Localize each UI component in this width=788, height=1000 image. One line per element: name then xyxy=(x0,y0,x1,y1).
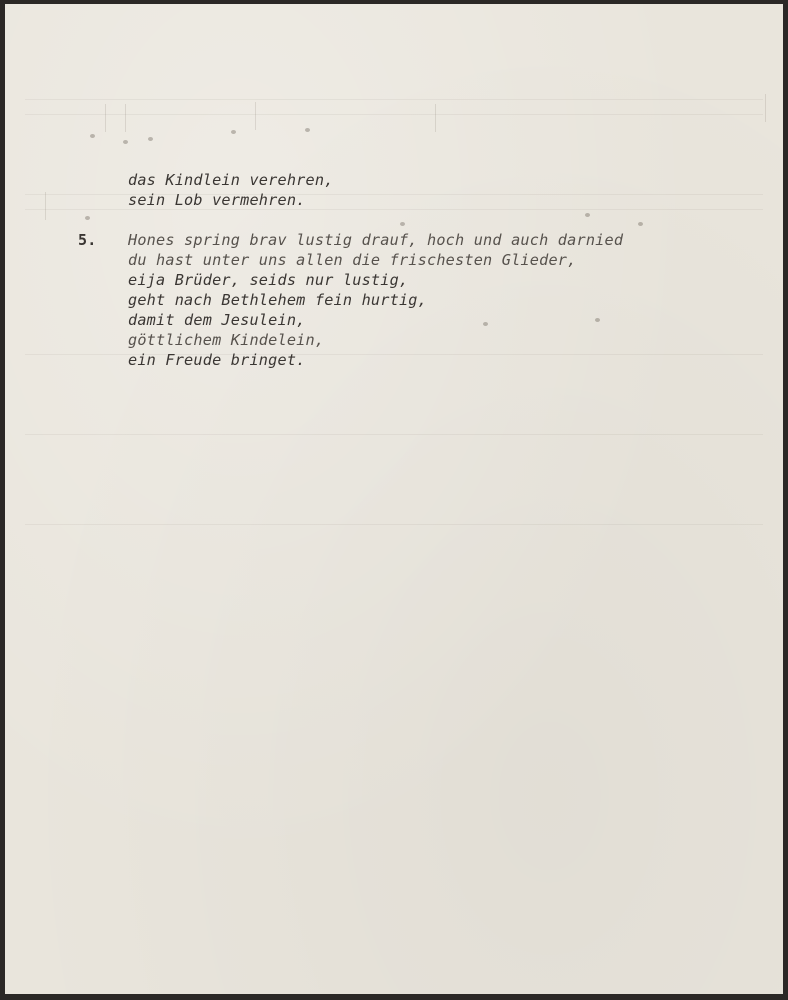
bleed-staff-line xyxy=(25,524,763,525)
bleed-note-head xyxy=(483,322,488,326)
lyric-line: göttlichem Kindelein, xyxy=(128,330,324,350)
bleed-note-stem xyxy=(105,104,106,132)
bleed-note-head xyxy=(231,130,236,134)
document-page: das Kindlein verehren, sein Lob vermehre… xyxy=(5,4,783,994)
bleed-note-head xyxy=(123,140,128,144)
bleed-note-stem xyxy=(125,104,126,132)
bleed-note-head xyxy=(585,213,590,217)
bleed-staff-line xyxy=(25,114,763,115)
bleed-staff-line xyxy=(25,434,763,435)
bleed-note-head xyxy=(638,222,643,226)
lyric-line: das Kindlein verehren, xyxy=(128,170,334,190)
lyric-line: damit dem Jesulein, xyxy=(128,310,306,330)
lyric-line: Hones spring brav lustig drauf, hoch und… xyxy=(128,230,623,250)
lyric-line: geht nach Bethlehem fein hurtig, xyxy=(128,290,427,310)
lyric-line: ein Freude bringet. xyxy=(128,350,306,370)
bleed-note-stem xyxy=(45,192,46,220)
lyric-line: du hast unter uns allen die frischesten … xyxy=(128,250,577,270)
lyrics-text: das Kindlein verehren, sein Lob vermehre… xyxy=(5,4,42,284)
bleed-note-head xyxy=(85,216,90,220)
bleed-staff-line xyxy=(25,99,763,100)
bleed-note-head xyxy=(595,318,600,322)
bleed-note-stem xyxy=(765,94,766,122)
verse-number: 5. xyxy=(78,230,96,250)
bleed-note-head xyxy=(400,222,405,226)
bleed-note-stem xyxy=(435,104,436,132)
bleed-note-head xyxy=(148,137,153,141)
lyric-line: sein Lob vermehren. xyxy=(128,190,306,210)
lyric-line: eija Brüder, seids nur lustig, xyxy=(128,270,408,290)
bleed-note-stem xyxy=(255,102,256,130)
bleed-note-head xyxy=(305,128,310,132)
bleed-note-head xyxy=(90,134,95,138)
